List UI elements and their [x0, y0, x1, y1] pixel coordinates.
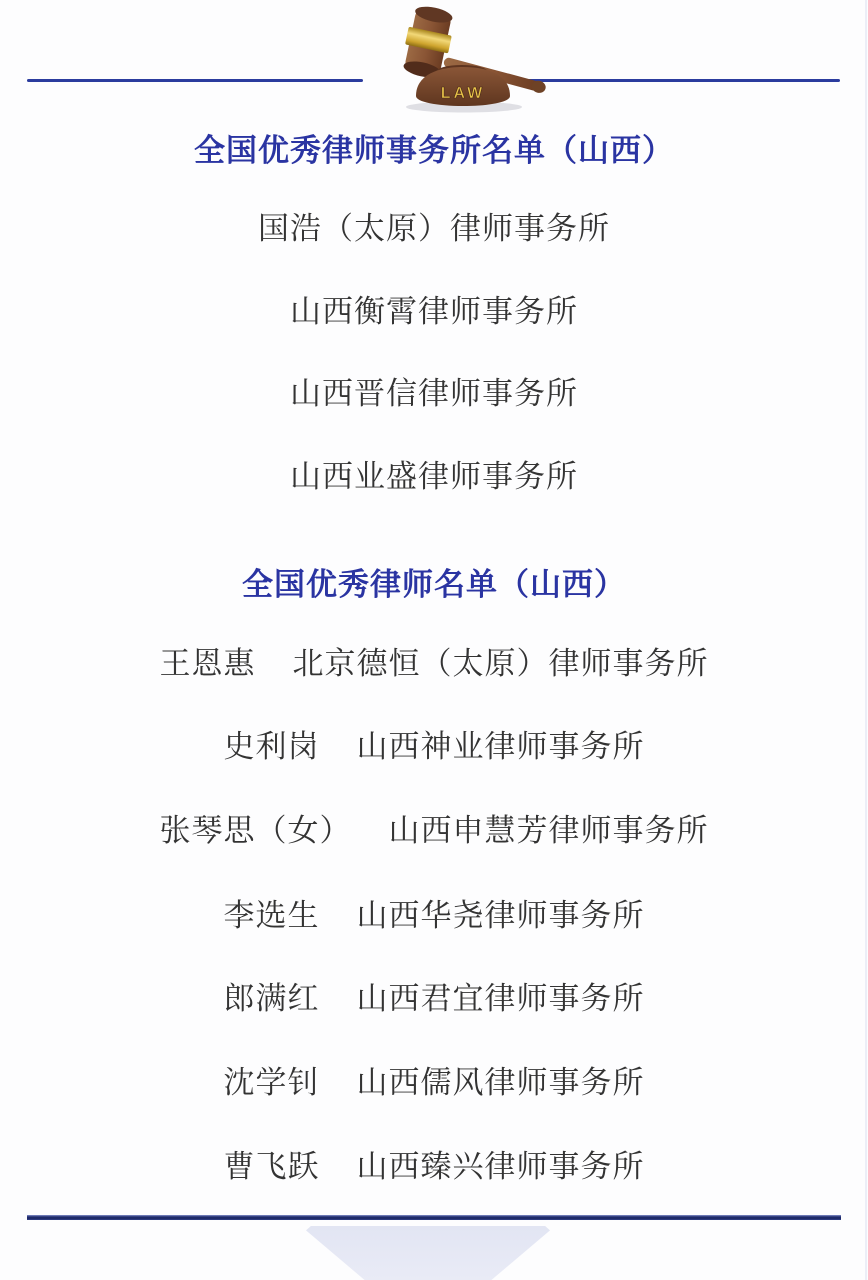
- footer-rule: [27, 1215, 841, 1220]
- lawyer-list-item: 李选生山西华尧律师事务所: [0, 896, 868, 936]
- law-firm-name: 山西臻兴律师事务所: [357, 1149, 645, 1184]
- law-firm-name: 山西儒风律师事务所: [357, 1065, 645, 1100]
- lawyer-list-item: 郎满红山西君宜律师事务所: [0, 979, 868, 1019]
- header-rule-left: [27, 79, 363, 82]
- lawyer-name: 张琴思（女）: [160, 813, 352, 848]
- gavel-icon: LAW: [366, 0, 572, 114]
- page-right-edge: [865, 0, 867, 1280]
- law-firm-name: 北京德恒（太原）律师事务所: [293, 646, 709, 681]
- firm-list-item: 山西业盛律师事务所: [0, 457, 868, 497]
- lawyer-name: 曹飞跃: [224, 1149, 320, 1184]
- firm-list-item: 山西衡霄律师事务所: [0, 292, 868, 332]
- lawyer-list-item: 张琴思（女）山西申慧芳律师事务所: [0, 811, 868, 851]
- footer-triangle-decoration: [306, 1226, 550, 1280]
- lawyer-name: 王恩惠: [160, 646, 256, 681]
- law-firm-name: 山西神业律师事务所: [357, 729, 645, 764]
- law-firm-name: 山西华尧律师事务所: [357, 898, 645, 933]
- lawyer-name: 郎满红: [224, 981, 320, 1016]
- law-firm-name: 山西君宜律师事务所: [357, 981, 645, 1016]
- firm-section-title: 全国优秀律师事务所名单（山西）: [0, 131, 868, 171]
- lawyer-list-item: 王恩惠北京德恒（太原）律师事务所: [0, 644, 868, 684]
- lawyer-list-item: 沈学钊山西儒风律师事务所: [0, 1063, 868, 1103]
- lawyer-list-item: 曹飞跃山西臻兴律师事务所: [0, 1147, 868, 1187]
- gavel-base-label: LAW: [441, 85, 486, 102]
- lawyer-name: 沈学钊: [224, 1065, 320, 1100]
- firm-list-item: 山西晋信律师事务所: [0, 374, 868, 414]
- document-page: LAW 全国优秀律师事务所名单（山西） 国浩（太原）律师事务所 山西衡霄律师事务…: [0, 0, 868, 1280]
- lawyer-name: 李选生: [224, 898, 320, 933]
- lawyer-section-title: 全国优秀律师名单（山西）: [0, 565, 868, 605]
- law-firm-name: 山西申慧芳律师事务所: [389, 813, 709, 848]
- lawyer-list-item: 史利岗山西神业律师事务所: [0, 727, 868, 767]
- firm-list-item: 国浩（太原）律师事务所: [0, 209, 868, 249]
- lawyer-name: 史利岗: [224, 729, 320, 764]
